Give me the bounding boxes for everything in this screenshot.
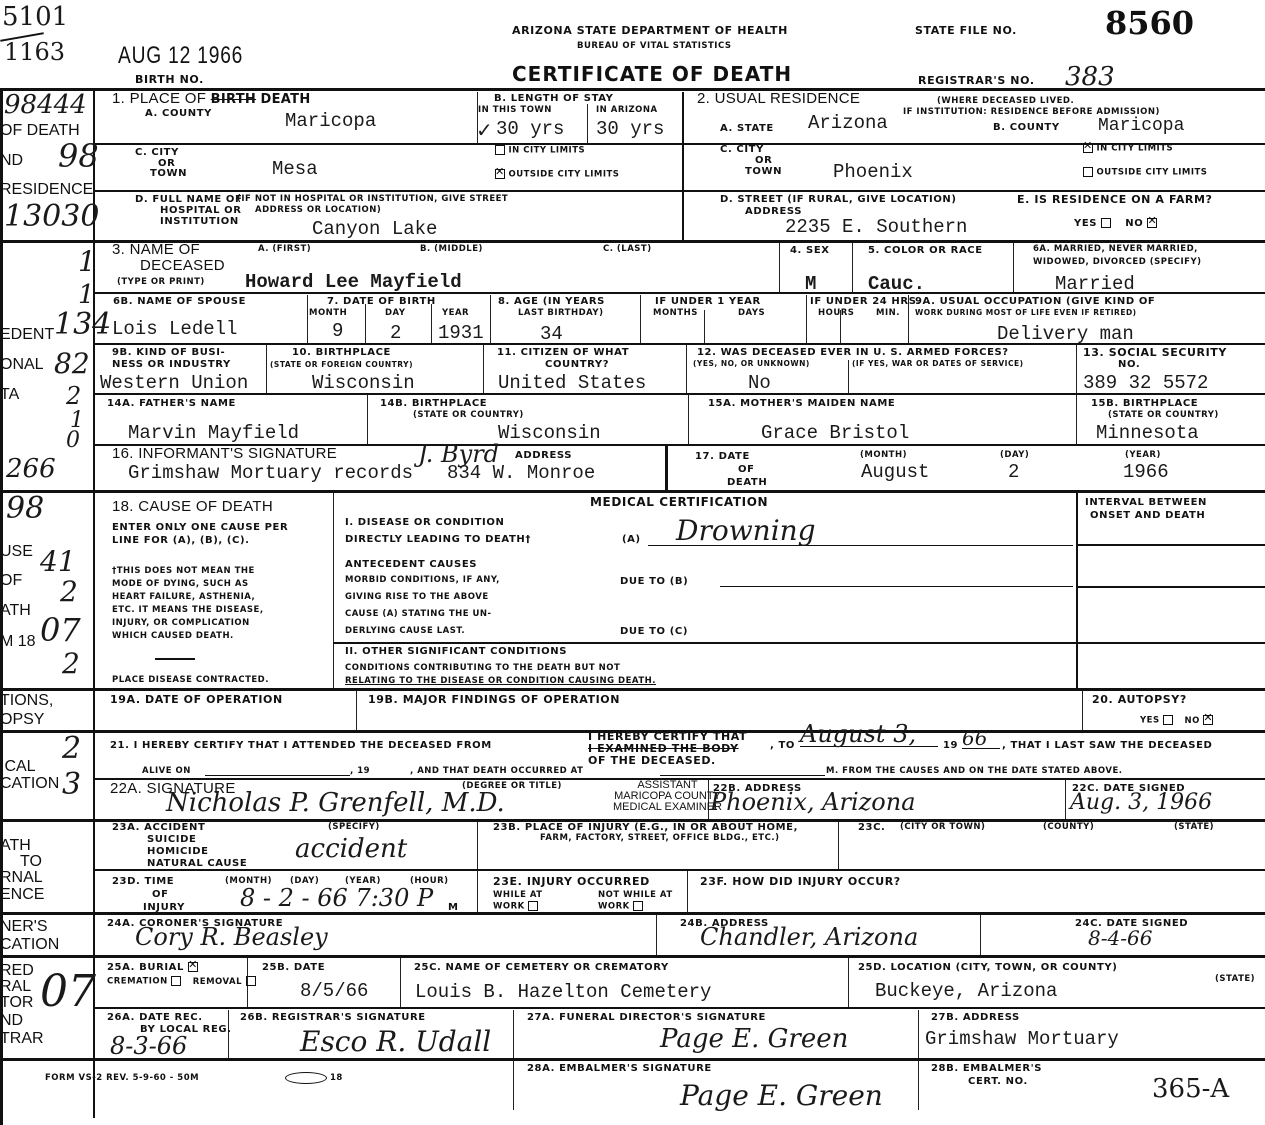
autopsy-yes-checkbox[interactable] — [1163, 715, 1173, 725]
injury-county-label: (COUNTY) — [1043, 823, 1094, 833]
occupation-field[interactable]: Delivery man — [997, 325, 1134, 344]
mother-birthplace-field[interactable]: Minnesota — [1096, 424, 1199, 443]
embalmer-cert-no-field[interactable]: 365-A — [1152, 1076, 1229, 1102]
outside-city-limits-checkbox[interactable] — [495, 169, 505, 179]
margin-label: OPSY — [0, 711, 44, 729]
margin-code: 98444 — [4, 92, 87, 118]
father-birthplace-label: 14B. BIRTHPLACE — [380, 398, 487, 409]
type-or-print-label: (TYPE OR PRINT) — [117, 278, 205, 288]
margin-code: 41 — [40, 548, 76, 576]
death-year-field[interactable]: 1966 — [1123, 463, 1169, 482]
cause-note-5: INJURY, OR COMPLICATION — [112, 619, 250, 629]
union-bug-number: 18 — [330, 1074, 343, 1084]
injury-m-label: M — [448, 902, 459, 913]
alive-on-label: ALIVE ON — [142, 767, 191, 777]
margin-label: TOR — [0, 994, 33, 1012]
occupation-label: 9A. USUAL OCCUPATION (GIVE KIND OF — [915, 296, 1155, 307]
place-of-death-label: 1. PLACE OF — [112, 90, 206, 107]
birthplace-label: 10. BIRTHPLACE — [292, 347, 391, 358]
cause-c-label: DUE TO (C) — [620, 626, 688, 637]
antecedent-note-3: CAUSE (A) STATING THE UN- — [345, 610, 492, 620]
margin-label: USE — [0, 543, 33, 561]
marital-status-label: 6A. MARRIED, NEVER MARRIED, — [1033, 245, 1198, 255]
city-label: C. CITY — [135, 147, 179, 158]
hospital-field[interactable]: Canyon Lake — [312, 220, 437, 239]
natural-cause-label: NATURAL CAUSE — [147, 858, 247, 869]
cause-instruction-2: LINE FOR (A), (B), (C). — [112, 535, 250, 546]
stay-in-arizona-field[interactable]: 30 yrs — [596, 120, 664, 139]
margin-note-top: 5101 — [2, 4, 68, 30]
marital-status-label-2: WIDOWED, DIVORCED (SPECIFY) — [1033, 258, 1202, 268]
department-name: ARIZONA STATE DEPARTMENT OF HEALTH — [512, 25, 788, 37]
margin-label: RED — [0, 962, 34, 980]
margin-label: M 18 — [0, 633, 36, 651]
cause-b-field[interactable] — [720, 586, 1073, 587]
cause-of-death-label: 18. CAUSE OF DEATH — [112, 499, 273, 516]
margin-code: 2 — [62, 650, 80, 678]
cause-instruction: ENTER ONLY ONE CAUSE PER — [112, 522, 288, 533]
last-saw-label: , THAT I LAST SAW THE DECEASED — [1002, 740, 1212, 751]
residence-outside-city-checkbox[interactable] — [1083, 167, 1093, 177]
injury-type-field[interactable]: accident — [295, 836, 407, 862]
margin-label: ICAL — [0, 758, 36, 776]
margin-label: RESIDENCE — [0, 181, 93, 199]
certify-to-date-field[interactable]: August 3, — [800, 722, 938, 747]
citizen-label: 11. CITIZEN OF WHAT — [497, 347, 629, 358]
burial-date-field[interactable]: 8/5/66 — [300, 982, 368, 1001]
margin-code: 0 — [66, 430, 80, 452]
bureau-name: BUREAU OF VITAL STATISTICS — [577, 42, 731, 52]
from-causes-label: M. FROM THE CAUSES AND ON THE DATE STATE… — [826, 767, 1122, 777]
business-field[interactable]: Western Union — [100, 374, 248, 393]
county-label: A. COUNTY — [145, 108, 212, 119]
death-occurred-label: , AND THAT DEATH OCCURRED AT — [410, 767, 583, 777]
dob-month-field[interactable]: 9 — [332, 322, 343, 341]
dob-day-label: DAY — [385, 309, 405, 319]
date-of-death-of-label: OF — [738, 464, 755, 475]
death-day-field[interactable]: 2 — [1008, 463, 1019, 482]
ssn-label-2: NO. — [1118, 359, 1140, 370]
occupation-label-2: WORK DURING MOST OF LIFE EVEN IF RETIRED… — [915, 309, 1137, 318]
margin-label: TIONS, — [0, 692, 53, 710]
cause-note-2: MODE OF DYING, SUCH AS — [112, 580, 249, 590]
residence-city-label: C. CITY — [720, 144, 764, 155]
injury-location-label: 23C. — [858, 822, 885, 833]
examiner-title-3: MEDICAL EXAMINER — [613, 802, 722, 813]
father-name-label: 14A. FATHER'S NAME — [107, 398, 236, 409]
hours-label: HOURS — [818, 309, 854, 319]
margin-code: 07 — [40, 970, 96, 1014]
residence-county-field[interactable]: Maricopa — [1098, 117, 1184, 135]
removal-checkbox[interactable] — [246, 976, 256, 986]
certificate-title: CERTIFICATE OF DEATH — [512, 62, 792, 86]
homicide-label: HOMICIDE — [147, 846, 209, 857]
margin-label: CATION — [0, 775, 59, 793]
in-city-limits-checkbox[interactable] — [495, 145, 505, 155]
ssn-label: 13. SOCIAL SECURITY — [1083, 347, 1227, 359]
dob-day-field[interactable]: 2 — [390, 324, 401, 343]
registrar-number: 383 — [1065, 64, 1147, 91]
birthplace-field[interactable]: Wisconsin — [312, 374, 415, 393]
place-of-injury-label: 23B. PLACE OF INJURY (E.G., IN OR ABOUT … — [493, 822, 798, 833]
min-label: MIN. — [876, 309, 900, 319]
father-birthplace-label-2: (STATE OR COUNTRY) — [413, 411, 524, 421]
margin-label: TA — [0, 386, 19, 404]
burial-label: 25A. BURIAL — [107, 962, 184, 973]
margin-label: OF — [0, 572, 22, 590]
business-label: 9B. KIND OF BUSI- — [112, 347, 225, 358]
cause-a-label: (A) — [622, 534, 641, 545]
date-of-operation-label: 19A. DATE OF OPERATION — [110, 694, 283, 706]
funeral-director-signature[interactable]: Page E. Green — [660, 1026, 848, 1052]
margin-label: ND — [0, 1012, 23, 1030]
cremation-label: CREMATION — [107, 977, 168, 987]
dob-month-label: MONTH — [309, 309, 347, 319]
farm-no-checkbox[interactable] — [1147, 218, 1157, 228]
cemetery-label: 25C. NAME OF CEMETERY OR CREMATORY — [414, 962, 669, 973]
hospital-note-2: ADDRESS OR LOCATION) — [255, 206, 381, 216]
injury-time-field[interactable]: 8 - 2 - 66 7:30 P — [240, 886, 433, 910]
outside-city-limits-label: OUTSIDE CITY LIMITS — [508, 170, 619, 180]
interval-label-2: ONSET AND DEATH — [1090, 510, 1205, 521]
hospital-label-2: HOSPITAL OR — [160, 205, 242, 216]
other-conditions-note-2: RELATING TO THE DISEASE OR CONDITION CAU… — [345, 677, 656, 687]
date-rec-label: 26A. DATE REC. — [107, 1012, 203, 1023]
margin-code: 2 — [62, 734, 81, 764]
accident-label: 23A. ACCIDENT — [112, 822, 205, 833]
in-this-town-label: IN THIS TOWN — [478, 106, 552, 116]
alive-19-label: , 19 — [350, 767, 370, 777]
specify-label: (SPECIFY) — [328, 823, 380, 833]
part1-label: I. DISEASE OR CONDITION — [345, 517, 504, 528]
dob-year-field[interactable]: 1931 — [438, 324, 484, 343]
burial-checkbox[interactable] — [188, 962, 198, 972]
sex-field[interactable]: M — [805, 275, 816, 294]
residence-outside-city-label: OUTSIDE CITY LIMITS — [1096, 168, 1207, 178]
death-day-label: (DAY) — [1000, 451, 1029, 461]
informant-address-field[interactable]: 834 W. Monroe — [447, 464, 595, 483]
cause-note-6: WHICH CAUSED DEATH. — [112, 632, 234, 642]
first-name-label: A. (FIRST) — [258, 245, 311, 255]
margin-label: ND — [0, 152, 23, 170]
residence-note: (WHERE DECEASED LIVED. — [937, 97, 1074, 107]
mother-maiden-name-field[interactable]: Grace Bristol — [761, 424, 909, 443]
dob-year-label: YEAR — [442, 309, 469, 319]
major-findings-label: 19B. MAJOR FINDINGS OF OPERATION — [368, 694, 620, 706]
date-signed-field[interactable]: Aug. 3, 1966 — [1070, 792, 1212, 814]
spouse-field[interactable]: Lois Ledell — [112, 320, 237, 339]
embalmer-signature[interactable]: Page E. Green — [680, 1082, 883, 1110]
other-conditions-label: II. OTHER SIGNIFICANT CONDITIONS — [345, 646, 567, 657]
farm-question-label: E. IS RESIDENCE ON A FARM? — [1017, 194, 1213, 206]
place-of-injury-label-2: FARM, FACTORY, STREET, OFFICE BLDG., ETC… — [540, 834, 779, 844]
margin-code: 07 — [40, 614, 81, 646]
residence-state-field[interactable]: Arizona — [808, 114, 888, 133]
margin-code: 3 — [62, 770, 81, 800]
hospital-note: (IF NOT IN HOSPITAL OR INSTITUTION, GIVE… — [237, 195, 508, 205]
usual-residence-label: 2. USUAL RESIDENCE — [697, 91, 860, 108]
margin-code: 266 — [6, 456, 56, 482]
margin-label: EDENT — [0, 326, 54, 344]
street-label: D. STREET (IF RURAL, GIVE LOCATION) — [720, 194, 957, 205]
certify-19-label: 19 — [943, 740, 958, 751]
embalmer-cert-no-label: CERT. NO. — [968, 1076, 1028, 1087]
embalmer-signature-label: 28A. EMBALMER'S SIGNATURE — [527, 1063, 712, 1074]
state-file-label: STATE FILE NO. — [915, 25, 1017, 37]
cause-b-label: DUE TO (B) — [620, 576, 688, 587]
funeral-address-field[interactable]: Grimshaw Mortuary — [925, 1030, 1119, 1049]
age-label: 8. AGE (IN YEARS — [498, 296, 605, 307]
other-conditions-note: CONDITIONS CONTRIBUTING TO THE DEATH BUT… — [345, 664, 620, 674]
certify-to-label: , TO — [770, 740, 795, 751]
mother-birthplace-label-2: (STATE OR COUNTRY) — [1108, 411, 1219, 421]
margin-code: 2 — [66, 384, 81, 408]
middle-name-label: B. (MIDDLE) — [420, 245, 483, 255]
suicide-label: SUICIDE — [147, 834, 196, 845]
medical-certification-label: MEDICAL CERTIFICATION — [590, 496, 768, 509]
antecedent-note: MORBID CONDITIONS, IF ANY, — [345, 576, 500, 586]
antecedent-causes-label: ANTECEDENT CAUSES — [345, 559, 477, 570]
death-year-label: (YEAR) — [1125, 451, 1161, 461]
death-occurred-time-field[interactable] — [660, 775, 825, 776]
divider-line — [155, 658, 195, 660]
in-city-limits-label: IN CITY LIMITS — [508, 146, 585, 156]
deceased-name-field[interactable]: Howard Lee Mayfield — [245, 273, 462, 292]
interval-b-field[interactable] — [1078, 586, 1265, 588]
burial-location-field[interactable]: Buckeye, Arizona — [875, 982, 1057, 1001]
birth-no-label: BIRTH NO. — [135, 74, 204, 86]
citizen-label-2: COUNTRY? — [545, 359, 609, 370]
embalmer-cert-label: 28B. EMBALMER'S — [931, 1063, 1042, 1074]
state-file-number: 8560 — [1105, 4, 1194, 42]
registrar-no-label: REGISTRAR'S NO. — [918, 75, 1035, 87]
degree-label: (DEGREE OR TITLE) — [462, 782, 562, 792]
under-24-hrs-label: IF UNDER 24 HRS. — [810, 296, 921, 307]
burial-date-label: 25B. DATE — [262, 962, 325, 973]
while-at-work-checkbox[interactable] — [528, 901, 538, 911]
margin-code: 2 — [60, 578, 78, 606]
autopsy-label: 20. AUTOPSY? — [1092, 694, 1187, 706]
margin-code: 13030 — [4, 202, 99, 232]
certify-year-field[interactable]: 66 — [962, 728, 1000, 749]
business-label-2: NESS OR INDUSTRY — [112, 359, 231, 370]
how-injury-occurred-label: 23F. HOW DID INJURY OCCUR? — [700, 876, 901, 888]
father-birthplace-field[interactable]: Wisconsin — [498, 424, 601, 443]
residence-county-label: B. COUNTY — [993, 122, 1060, 133]
checkmark-icon: ✓ — [476, 120, 493, 140]
certify-option-3: OF THE DECEASED. — [588, 755, 716, 767]
residence-town-label: TOWN — [745, 166, 782, 177]
interval-a-field[interactable] — [1078, 544, 1265, 546]
margin-label: ATH — [0, 837, 31, 855]
funeral-director-label: 27A. FUNERAL DIRECTOR'S SIGNATURE — [527, 1012, 766, 1023]
under-1-year-label: IF UNDER 1 YEAR — [655, 296, 761, 307]
time-of-injury-of-label: OF — [152, 889, 169, 900]
citizen-field[interactable]: United States — [498, 374, 646, 393]
death-month-field[interactable]: August — [861, 463, 929, 482]
age-label-2: LAST BIRTHDAY) — [518, 309, 603, 319]
armed-forces-service-label: (IF YES, WAR OR DATES OF SERVICE) — [852, 360, 1024, 369]
coroner-signature[interactable]: Cory R. Beasley — [135, 925, 328, 949]
time-of-injury-label: 23D. TIME — [112, 876, 174, 887]
death-label: DEATH — [261, 92, 311, 107]
struck-birth-label: BIRTH — [211, 92, 256, 107]
hospital-label: D. FULL NAME OF — [135, 194, 242, 205]
informant-name-field[interactable]: Grimshaw Mortuary records — [128, 464, 413, 483]
death-city-field[interactable]: Mesa — [272, 160, 318, 179]
armed-forces-label: 12. WAS DECEASED EVER IN U. S. ARMED FOR… — [697, 347, 1009, 358]
not-while-at-work-checkbox[interactable] — [633, 901, 643, 911]
margin-label: CATION — [0, 936, 59, 954]
margin-label: ATH — [0, 602, 31, 620]
coroner-date-signed-field[interactable]: 8-4-66 — [1088, 928, 1152, 948]
injury-city-label: (CITY OR TOWN) — [900, 823, 985, 833]
farm-yes-label: YES — [1074, 218, 1097, 229]
antecedent-note-2: GIVING RISE TO THE ABOVE — [345, 593, 489, 603]
hospital-label-3: INSTITUTION — [160, 216, 239, 227]
residence-city-field[interactable]: Phoenix — [833, 163, 913, 182]
death-county-field[interactable]: Maricopa — [285, 112, 376, 131]
margin-code: 1 — [78, 282, 95, 308]
margin-code: 98 — [6, 494, 44, 524]
margin-label: ONAL — [0, 356, 44, 374]
margin-code: 98 — [58, 140, 99, 172]
informant-address-label: ADDRESS — [515, 450, 572, 461]
town-label: TOWN — [150, 168, 187, 179]
form-id: FORM VS-2 REV. 5-9-60 - 50M — [45, 1074, 199, 1084]
length-of-stay-label: B. LENGTH OF STAY — [494, 93, 613, 104]
margin-code: 134 — [54, 310, 111, 340]
injury-occurred-label: 23E. INJURY OCCURRED — [493, 876, 650, 888]
mother-maiden-name-label: 15A. MOTHER'S MAIDEN NAME — [708, 398, 895, 409]
race-label: 5. COLOR OR RACE — [868, 245, 983, 256]
margin-code: 82 — [54, 350, 90, 378]
margin-label: TO — [20, 853, 42, 871]
cause-note-3: HEART FAILURE, ASTHENIA, — [112, 593, 255, 603]
funeral-address-label: 27B. ADDRESS — [931, 1012, 1020, 1023]
examiner-title: ASSISTANT MARICOPA COUNTY MEDICAL EXAMIN… — [613, 780, 722, 813]
date-of-birth-label: 7. DATE OF BIRTH — [327, 296, 436, 307]
stay-in-town-field[interactable]: 30 yrs — [496, 120, 564, 139]
months-label: MONTHS — [653, 309, 698, 319]
margin-label: RNAL — [0, 869, 43, 887]
marital-status-field[interactable]: Married — [1055, 275, 1135, 294]
antecedent-note-4: DERLYING CAUSE LAST. — [345, 627, 465, 637]
in-arizona-label: IN ARIZONA — [596, 106, 658, 116]
cause-a-field[interactable]: Drowning — [676, 517, 816, 545]
street-address-field[interactable]: 2235 E. Southern — [785, 218, 967, 237]
margin-label: TRAR — [0, 1030, 44, 1048]
informant-signature-label: 16. INFORMANT'S SIGNATURE — [112, 446, 337, 463]
margin-label: ENCE — [0, 886, 44, 904]
autopsy-yes-label: YES — [1140, 716, 1160, 726]
alive-on-field[interactable] — [205, 775, 350, 776]
autopsy-no-checkbox[interactable] — [1203, 715, 1213, 725]
residence-in-city-checkbox[interactable] — [1083, 143, 1093, 153]
cemetery-field[interactable]: Louis B. Hazelton Cemetery — [415, 983, 711, 1002]
margin-label: RAL — [0, 978, 31, 996]
date-rec-field[interactable]: 8-3-66 — [110, 1034, 187, 1058]
certify-text: 21. I HEREBY CERTIFY THAT I ATTENDED THE… — [110, 740, 492, 751]
part1-label-2: DIRECTLY LEADING TO DEATH† — [345, 534, 531, 545]
deceased-label: DECEASED — [140, 258, 225, 275]
received-stamp-date: AUG 12 1966 — [118, 42, 243, 70]
birthplace-label-2: (STATE OR FOREIGN COUNTRY) — [270, 361, 413, 370]
time-of-injury-injury-label: INJURY — [143, 902, 185, 913]
father-name-field[interactable]: Marvin Mayfield — [128, 424, 299, 443]
cremation-checkbox[interactable] — [171, 976, 181, 986]
mother-birthplace-label: 15B. BIRTHPLACE — [1091, 398, 1198, 409]
armed-forces-field[interactable]: No — [748, 374, 771, 393]
armed-forces-sub-label: (YES, NO, OR UNKNOWN) — [693, 360, 810, 369]
removal-label: REMOVAL — [193, 977, 242, 987]
days-label: DAYS — [738, 309, 765, 319]
coroner-address-field[interactable]: Chandler, Arizona — [700, 925, 918, 949]
residence-or-label: OR — [755, 155, 772, 166]
residence-state-label: A. STATE — [720, 123, 774, 134]
registrar-signature-label: 26B. REGISTRAR'S SIGNATURE — [240, 1012, 426, 1023]
farm-yes-checkbox[interactable] — [1101, 218, 1111, 228]
spouse-label: 6B. NAME OF SPOUSE — [113, 296, 246, 307]
ssn-field[interactable]: 389 32 5572 — [1083, 374, 1208, 393]
union-bug-icon — [285, 1072, 327, 1084]
date-of-death-death-label: DEATH — [727, 477, 767, 488]
margin-note-bottom: 1163 — [4, 40, 65, 64]
place-disease-contracted-label: PLACE DISEASE CONTRACTED. — [112, 676, 269, 686]
physician-signature[interactable]: Nicholas P. Grenfell, M.D. — [166, 790, 505, 816]
margin-code: 1 — [78, 248, 96, 276]
injury-state-label: (STATE) — [1174, 823, 1214, 833]
race-field[interactable]: Cauc. — [868, 275, 925, 294]
death-month-label: (MONTH) — [860, 451, 907, 461]
interval-label: INTERVAL BETWEEN — [1085, 497, 1207, 508]
date-of-death-label: 17. DATE — [695, 451, 750, 462]
cause-note: †THIS DOES NOT MEAN THE — [112, 567, 255, 577]
autopsy-no-label: NO — [1185, 716, 1200, 726]
physician-address-field[interactable]: Phoenix, Arizona — [710, 790, 916, 814]
last-name-label: C. (LAST) — [603, 245, 652, 255]
sex-label: 4. SEX — [790, 245, 830, 256]
residence-in-city-label: IN CITY LIMITS — [1096, 144, 1173, 154]
burial-location-label: 25D. LOCATION (CITY, TOWN, OR COUNTY) — [858, 962, 1117, 973]
burial-location-state-label: (STATE) — [1215, 975, 1255, 985]
registrar-signature[interactable]: Esco R. Udall — [300, 1028, 491, 1056]
farm-no-label: NO — [1125, 218, 1143, 229]
age-field[interactable]: 34 — [540, 325, 563, 344]
margin-label: NER'S — [0, 918, 48, 936]
cause-note-4: ETC. IT MEANS THE DISEASE, — [112, 606, 264, 616]
